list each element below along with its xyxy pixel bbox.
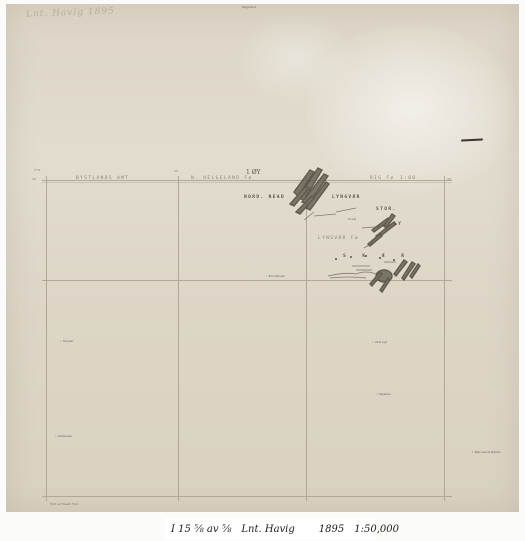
place-name-hellenaes: Hellenæs [55,434,72,438]
catalog-caption: I 15 ⅝ av ⅝ Lnt. Havig 1895 1:50,000 [165,518,375,540]
island-cluster-map [276,164,456,304]
bottom-left-note: Hvit av Havet. Fød. [50,502,79,506]
top-edge-note: Nøgeland [242,5,256,9]
district-label-middle: N. HELGELAND Fø [191,176,253,181]
left-frame-line [46,176,47,501]
place-name-helvaer: Helvær [60,339,74,343]
caption-sheet-ref: I 15 ⅝ av ⅝ [171,524,231,535]
grid-line-vertical-1 [178,176,179,501]
place-name-bondelvaer: Bondelvær [266,274,285,278]
tick-top-left-lon: 3°W [34,168,40,172]
map-sheet: Lnt. Havig 1895 Nøgeland 3°W 40' 40' 40'… [6,4,519,512]
place-name-vest-lyo: Vest Lyø [372,340,387,344]
caption-scale: 1:50,000 [354,524,399,535]
district-label-left: BYSTLANDS AMT [76,176,129,181]
caption-year: 1895 [319,524,344,535]
bottom-frame-line [42,496,452,497]
sheet-number: 1 ØY [246,169,261,176]
caption-surveyor: Lnt. Havig [241,524,294,535]
handwritten-title: Lnt. Havig 1895 [26,6,115,19]
paper-stain-secondary [236,14,356,104]
tick-top-left-lat: 40' [32,177,37,181]
place-name-bjarnesvik: Bjarnesvik Bakke [472,450,500,454]
place-name-skjaerbo: Skjærbo [376,392,391,396]
tick-top-mid-lon: 40' [174,169,179,173]
